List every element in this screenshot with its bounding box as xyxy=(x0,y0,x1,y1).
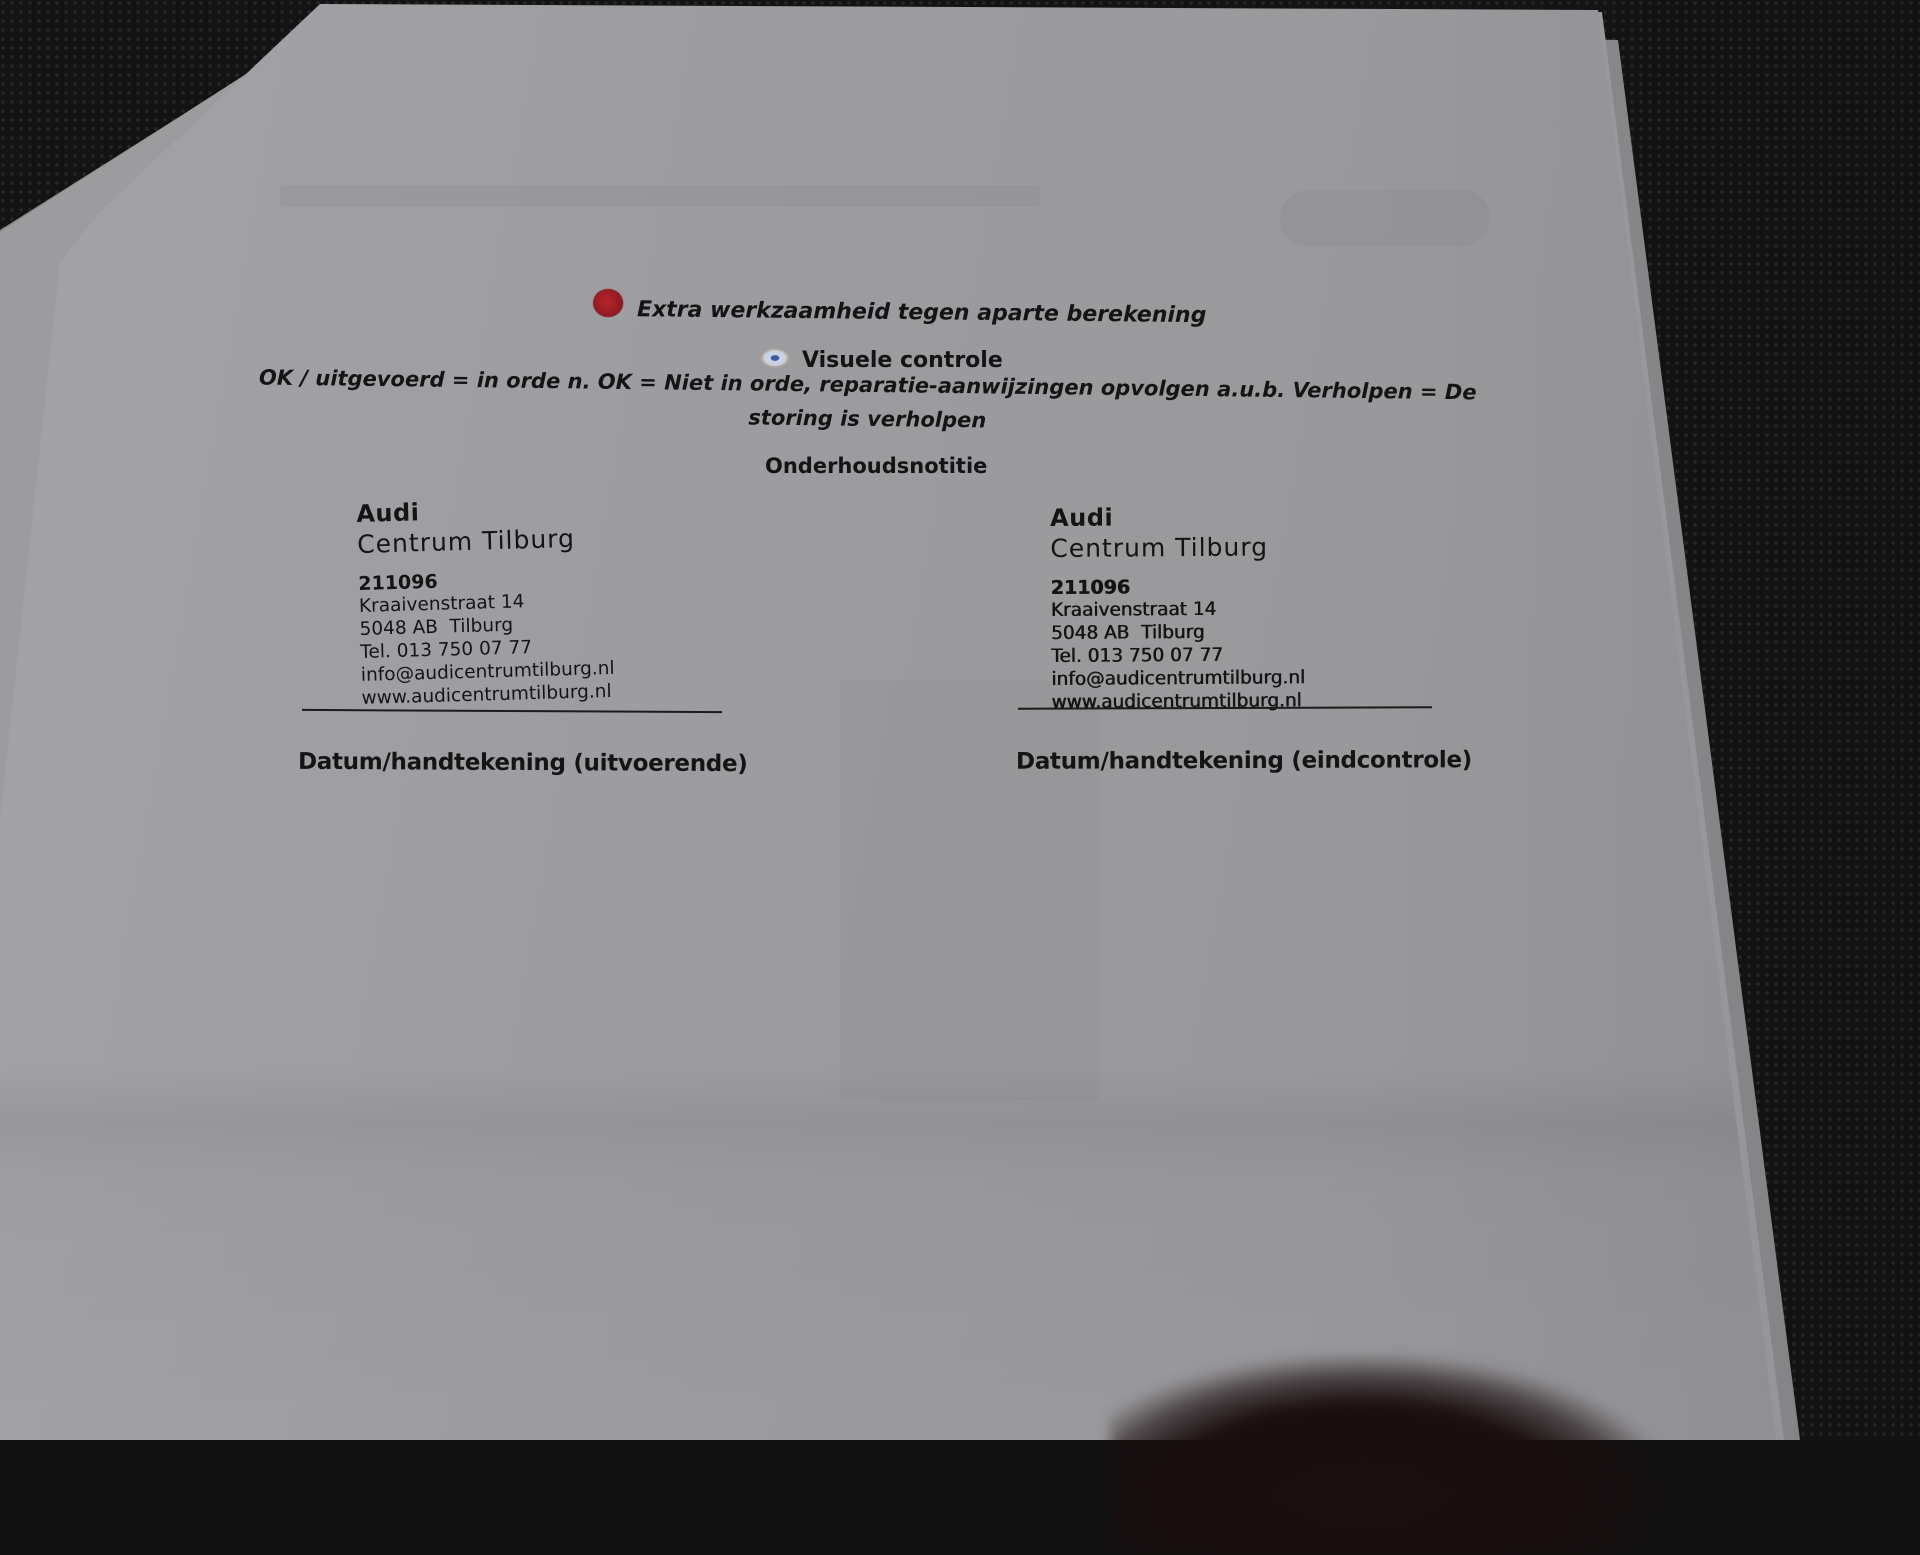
dealer-stamp-executor: Audi Centrum Tilburg 211096 Kraaivenstra… xyxy=(356,493,616,710)
dealer-website: www.audicentrumtilburg.nl xyxy=(1051,689,1305,714)
status-explanation: OK / uitgevoerd = in orde n. OK = Niet i… xyxy=(217,360,1518,444)
bleed-through-logo xyxy=(1280,190,1490,246)
document-content: Extra werkzaamheid tegen aparte berekeni… xyxy=(0,0,1920,1440)
signature-line-executor xyxy=(302,709,722,713)
dealer-email: info@audicentrumtilburg.nl xyxy=(1051,666,1305,691)
bleed-through-text xyxy=(280,185,1040,207)
dealer-name: Centrum Tilburg xyxy=(357,523,612,559)
dealer-brand: Audi xyxy=(356,493,610,528)
thumb-shadow xyxy=(1110,1355,1670,1440)
signature-label-executor: Datum/handtekening (uitvoerende) xyxy=(298,749,748,777)
dealer-postal-city: 5048 AB Tilburg xyxy=(1051,620,1305,645)
bleed-through-column xyxy=(840,680,1100,1100)
dealer-phone: Tel. 013 750 07 77 xyxy=(1051,643,1305,668)
dealer-code: 211096 xyxy=(1051,575,1305,599)
dealer-street: Kraaivenstraat 14 xyxy=(1051,597,1305,622)
legend-extra-work: Extra werkzaamheid tegen aparte berekeni… xyxy=(593,297,1207,328)
eye-icon xyxy=(760,348,790,368)
red-dot-icon xyxy=(593,288,623,316)
dealer-name: Centrum Tilburg xyxy=(1050,532,1304,563)
dealer-brand: Audi xyxy=(1050,502,1304,532)
signature-label-final-check: Datum/handtekening (eindcontrole) xyxy=(1016,747,1472,775)
dealer-stamp-final-check: Audi Centrum Tilburg 211096 Kraaivenstra… xyxy=(1050,502,1305,714)
page-title: Onderhoudsnotitie xyxy=(765,454,987,478)
legend-extra-work-label: Extra werkzaamheid tegen aparte berekeni… xyxy=(637,297,1207,328)
